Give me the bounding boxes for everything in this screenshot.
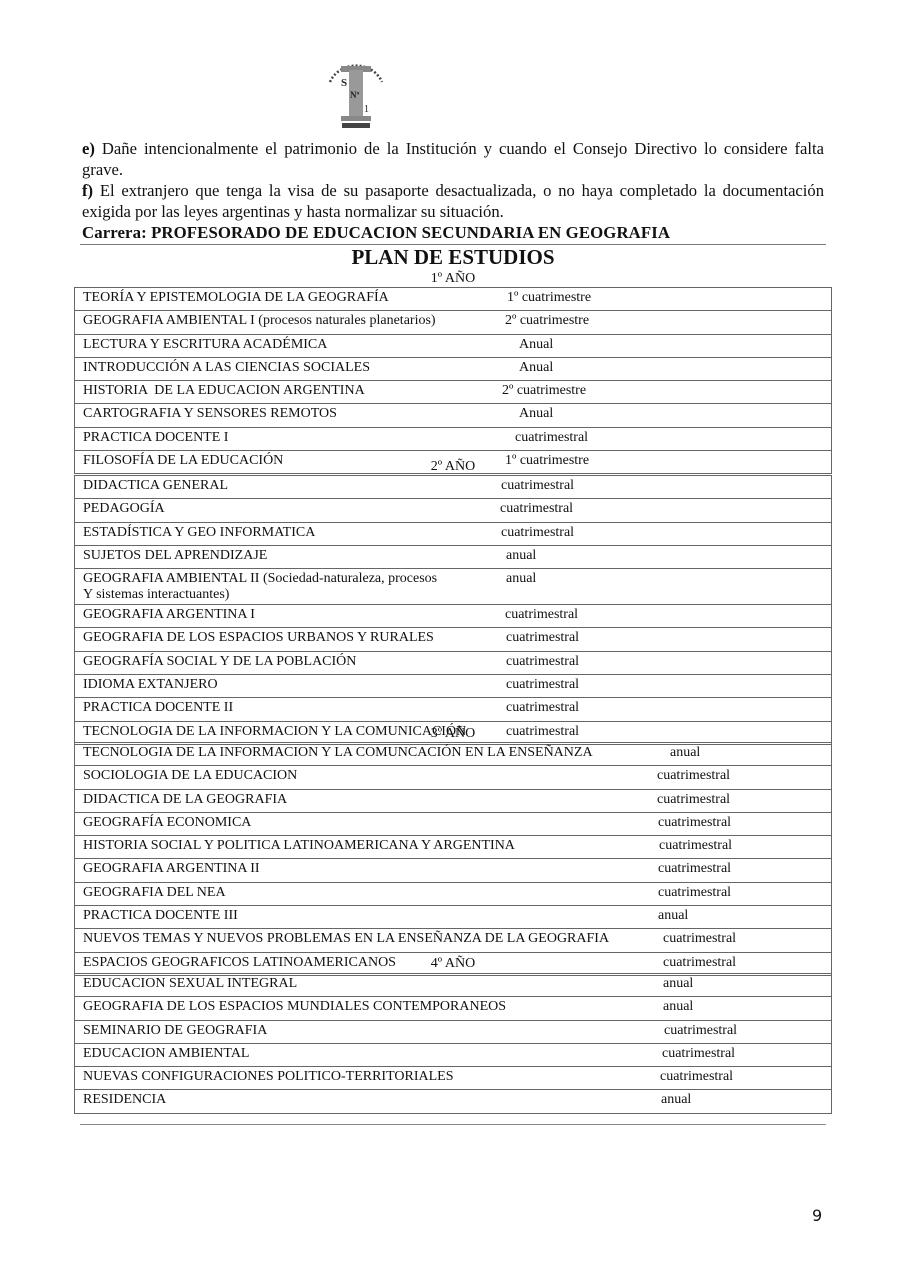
table-cell: GEOGRAFIA ARGENTINA IIcuatrimestral [75, 859, 832, 882]
table-row: ESTADÍSTICA Y GEO INFORMATICAcuatrimestr… [75, 522, 832, 545]
table-row: HISTORIA DE LA EDUCACION ARGENTINA2º cua… [75, 381, 832, 404]
subject-duration: cuatrimestral [515, 430, 588, 446]
table-row: PRACTICA DOCENTE IIcuatrimestral [75, 698, 832, 721]
table-row: SOCIOLOGIA DE LA EDUCACIONcuatrimestral [75, 766, 832, 789]
paragraph-e-text: Dañe intencionalmente el patrimonio de l… [82, 139, 824, 179]
table-row: CARTOGRAFIA Y SENSORES REMOTOSAnual [75, 404, 832, 427]
table-cell: IDIOMA EXTANJEROcuatrimestral [75, 675, 832, 698]
table-cell: CARTOGRAFIA Y SENSORES REMOTOSAnual [75, 404, 832, 427]
table-row: GEOGRAFIA ARGENTINA Icuatrimestral [75, 605, 832, 628]
year-label: 4º AÑO [0, 955, 906, 972]
table-cell: GEOGRAFIA DE LOS ESPACIOS URBANOS Y RURA… [75, 628, 832, 651]
table-cell: NUEVAS CONFIGURACIONES POLITICO-TERRITOR… [75, 1067, 832, 1090]
table-row: IDIOMA EXTANJEROcuatrimestral [75, 675, 832, 698]
table-cell: GEOGRAFIA DE LOS ESPACIOS MUNDIALES CONT… [75, 997, 832, 1020]
subject-name: HISTORIA DE LA EDUCACION ARGENTINA [83, 383, 831, 399]
subject-name: PRACTICA DOCENTE III [83, 908, 831, 924]
table-row: NUEVAS CONFIGURACIONES POLITICO-TERRITOR… [75, 1067, 832, 1090]
table-row: GEOGRAFIA DE LOS ESPACIOS URBANOS Y RURA… [75, 628, 832, 651]
table-cell: GEOGRAFIA ARGENTINA Icuatrimestral [75, 605, 832, 628]
subject-name: GEOGRAFIA DE LOS ESPACIOS MUNDIALES CONT… [83, 999, 831, 1015]
subject-duration: cuatrimestral [501, 478, 574, 494]
subject-duration: cuatrimestral [658, 861, 731, 877]
subject-duration: cuatrimestral [658, 885, 731, 901]
subject-name: GEOGRAFÍA SOCIAL Y DE LA POBLACIÓN [83, 654, 831, 670]
table-row: EDUCACION AMBIENTALcuatrimestral [75, 1043, 832, 1066]
subject-duration: cuatrimestral [506, 630, 579, 646]
subject-name: INTRODUCCIÓN A LAS CIENCIAS SOCIALES [83, 360, 831, 376]
paragraph-e-label: e) [82, 139, 95, 158]
table-row: DIDACTICA GENERALcuatrimestral [75, 476, 832, 499]
svg-text:1: 1 [364, 104, 369, 115]
subject-duration: anual [658, 908, 688, 924]
subject-name: GEOGRAFIA ARGENTINA I [83, 607, 831, 623]
subject-duration: Anual [519, 337, 553, 353]
table-cell: HISTORIA DE LA EDUCACION ARGENTINA2º cua… [75, 381, 832, 404]
subject-duration: cuatrimestral [664, 1023, 737, 1039]
subject-duration: cuatrimestral [659, 838, 732, 854]
subject-duration: anual [663, 976, 693, 992]
table-cell: GEOGRAFIA AMBIENTAL I (procesos naturale… [75, 311, 832, 334]
table-cell: SUJETOS DEL APRENDIZAJEanual [75, 545, 832, 568]
subject-duration: cuatrimestral [506, 654, 579, 670]
table-cell: TEORÍA Y EPISTEMOLOGIA DE LA GEOGRAFÍA1º… [75, 288, 832, 311]
subject-duration: cuatrimestral [506, 677, 579, 693]
table-row: NUEVOS TEMAS Y NUEVOS PROBLEMAS EN LA EN… [75, 929, 832, 952]
subject-name: SUJETOS DEL APRENDIZAJE [83, 548, 831, 564]
table-cell: DIDACTICA DE LA GEOGRAFIAcuatrimestral [75, 789, 832, 812]
subject-duration: cuatrimestral [657, 768, 730, 784]
subjects-table-year-3: TECNOLOGIA DE LA INFORMACION Y LA COMUNC… [74, 742, 832, 976]
page-number: 9 [812, 1206, 822, 1225]
table-row: GEOGRAFÍA ECONOMICAcuatrimestral [75, 812, 832, 835]
subject-name: DIDACTICA GENERAL [83, 478, 831, 494]
year-label: 1º AÑO [0, 270, 906, 287]
paragraph-f-label: f) [82, 181, 93, 200]
table-cell: GEOGRAFÍA ECONOMICAcuatrimestral [75, 812, 832, 835]
subject-duration: cuatrimestral [660, 1069, 733, 1085]
table-row: INTRODUCCIÓN A LAS CIENCIAS SOCIALESAnua… [75, 357, 832, 380]
subject-name: PRACTICA DOCENTE II [83, 700, 831, 716]
year-label: 3º AÑO [0, 725, 906, 742]
table-cell: EDUCACION SEXUAL INTEGRALanual [75, 974, 832, 997]
subject-duration: cuatrimestral [500, 501, 573, 517]
table-row: DIDACTICA DE LA GEOGRAFIAcuatrimestral [75, 789, 832, 812]
table-row: HISTORIA SOCIAL Y POLITICA LATINOAMERICA… [75, 836, 832, 859]
subject-duration: cuatrimestral [663, 931, 736, 947]
subjects-table-year-2: DIDACTICA GENERALcuatrimestralPEDAGOGÍAc… [74, 475, 832, 745]
subject-duration: 2º cuatrimestre [502, 383, 586, 399]
table-row: PEDAGOGÍAcuatrimestral [75, 499, 832, 522]
table-row: SUJETOS DEL APRENDIZAJEanual [75, 545, 832, 568]
table-row: TECNOLOGIA DE LA INFORMACION Y LA COMUNC… [75, 743, 832, 766]
table-row: PRACTICA DOCENTE IIIanual [75, 906, 832, 929]
table-row: PRACTICA DOCENTE Icuatrimestral [75, 427, 832, 450]
subject-duration: cuatrimestral [657, 792, 730, 808]
subject-duration: cuatrimestral [662, 1046, 735, 1062]
subject-duration: cuatrimestral [501, 525, 574, 541]
subject-duration: cuatrimestral [658, 815, 731, 831]
table-row: RESIDENCIAanual [75, 1090, 832, 1113]
table-cell: GEOGRAFÍA SOCIAL Y DE LA POBLACIÓNcuatri… [75, 651, 832, 674]
subject-name: PRACTICA DOCENTE I [83, 430, 831, 446]
subject-name: IDIOMA EXTANJERO [83, 677, 831, 693]
subject-name: CARTOGRAFIA Y SENSORES REMOTOS [83, 406, 831, 422]
subjects-table-year-1: TEORÍA Y EPISTEMOLOGIA DE LA GEOGRAFÍA1º… [74, 287, 832, 474]
table-cell: INTRODUCCIÓN A LAS CIENCIAS SOCIALESAnua… [75, 357, 832, 380]
subjects-table-year-4: EDUCACION SEXUAL INTEGRALanualGEOGRAFIA … [74, 973, 832, 1114]
subject-name: GEOGRAFIA AMBIENTAL I (procesos naturale… [83, 313, 831, 329]
table-cell: PEDAGOGÍAcuatrimestral [75, 499, 832, 522]
svg-text:Nº: Nº [350, 90, 359, 100]
table-row: SEMINARIO DE GEOGRAFIAcuatrimestral [75, 1020, 832, 1043]
subject-duration: anual [670, 745, 700, 761]
subject-name: GEOGRAFIA DE LOS ESPACIOS URBANOS Y RURA… [83, 630, 831, 646]
table-row: GEOGRAFIA DE LOS ESPACIOS MUNDIALES CONT… [75, 997, 832, 1020]
subject-duration: anual [661, 1092, 691, 1108]
table-row: GEOGRAFIA DEL NEAcuatrimestral [75, 882, 832, 905]
footer-divider [80, 1124, 826, 1125]
table-cell: DIDACTICA GENERALcuatrimestral [75, 476, 832, 499]
subject-duration: cuatrimestral [506, 700, 579, 716]
table-row: TEORÍA Y EPISTEMOLOGIA DE LA GEOGRAFÍA1º… [75, 288, 832, 311]
paragraph-f-text: El extranjero que tenga la visa de su pa… [82, 181, 824, 221]
paragraph-f: f) El extranjero que tenga la visa de su… [82, 180, 824, 222]
subject-name: ESTADÍSTICA Y GEO INFORMATICA [83, 525, 831, 541]
table-cell: SEMINARIO DE GEOGRAFIAcuatrimestral [75, 1020, 832, 1043]
subject-name: LECTURA Y ESCRITURA ACADÉMICA [83, 337, 831, 353]
table-row: EDUCACION SEXUAL INTEGRALanual [75, 974, 832, 997]
career-heading: Carrera: PROFESORADO DE EDUCACION SECUND… [82, 223, 670, 243]
table-row: GEOGRAFIA ARGENTINA IIcuatrimestral [75, 859, 832, 882]
subject-duration: cuatrimestral [505, 607, 578, 623]
table-row: GEOGRAFÍA SOCIAL Y DE LA POBLACIÓNcuatri… [75, 651, 832, 674]
subject-name: TECNOLOGIA DE LA INFORMACION Y LA COMUNC… [83, 745, 831, 761]
subject-duration: Anual [519, 360, 553, 376]
institution-logo-icon: S Nº 1 [324, 52, 388, 130]
subject-name: RESIDENCIA [83, 1092, 831, 1108]
subject-duration: 2º cuatrimestre [505, 313, 589, 329]
subject-name: GEOGRAFIA AMBIENTAL II (Sociedad-natural… [83, 571, 831, 603]
table-cell: RESIDENCIAanual [75, 1090, 832, 1113]
table-cell: HISTORIA SOCIAL Y POLITICA LATINOAMERICA… [75, 836, 832, 859]
table-cell: ESTADÍSTICA Y GEO INFORMATICAcuatrimestr… [75, 522, 832, 545]
year-label: 2º AÑO [0, 458, 906, 475]
subject-name: EDUCACION SEXUAL INTEGRAL [83, 976, 831, 992]
subject-duration: anual [506, 548, 536, 564]
table-cell: PRACTICA DOCENTE IIcuatrimestral [75, 698, 832, 721]
table-cell: SOCIOLOGIA DE LA EDUCACIONcuatrimestral [75, 766, 832, 789]
table-row: GEOGRAFIA AMBIENTAL I (procesos naturale… [75, 311, 832, 334]
plan-title: PLAN DE ESTUDIOS [0, 245, 906, 270]
table-cell: TECNOLOGIA DE LA INFORMACION Y LA COMUNC… [75, 743, 832, 766]
subject-name: PEDAGOGÍA [83, 501, 831, 517]
table-cell: PRACTICA DOCENTE IIIanual [75, 906, 832, 929]
svg-text:S: S [341, 77, 347, 89]
subject-duration: Anual [519, 406, 553, 422]
subject-duration: 1º cuatrimestre [507, 290, 591, 306]
table-cell: NUEVOS TEMAS Y NUEVOS PROBLEMAS EN LA EN… [75, 929, 832, 952]
table-row: LECTURA Y ESCRITURA ACADÉMICAAnual [75, 334, 832, 357]
subject-duration: anual [506, 571, 536, 587]
subject-duration: anual [663, 999, 693, 1015]
paragraph-e: e) Dañe intencionalmente el patrimonio d… [82, 138, 824, 180]
table-row: GEOGRAFIA AMBIENTAL II (Sociedad-natural… [75, 569, 832, 605]
table-cell: LECTURA Y ESCRITURA ACADÉMICAAnual [75, 334, 832, 357]
subject-name: TEORÍA Y EPISTEMOLOGIA DE LA GEOGRAFÍA [83, 290, 831, 306]
table-cell: EDUCACION AMBIENTALcuatrimestral [75, 1043, 832, 1066]
table-cell: PRACTICA DOCENTE Icuatrimestral [75, 427, 832, 450]
table-cell: GEOGRAFIA DEL NEAcuatrimestral [75, 882, 832, 905]
table-cell: GEOGRAFIA AMBIENTAL II (Sociedad-natural… [75, 569, 832, 605]
